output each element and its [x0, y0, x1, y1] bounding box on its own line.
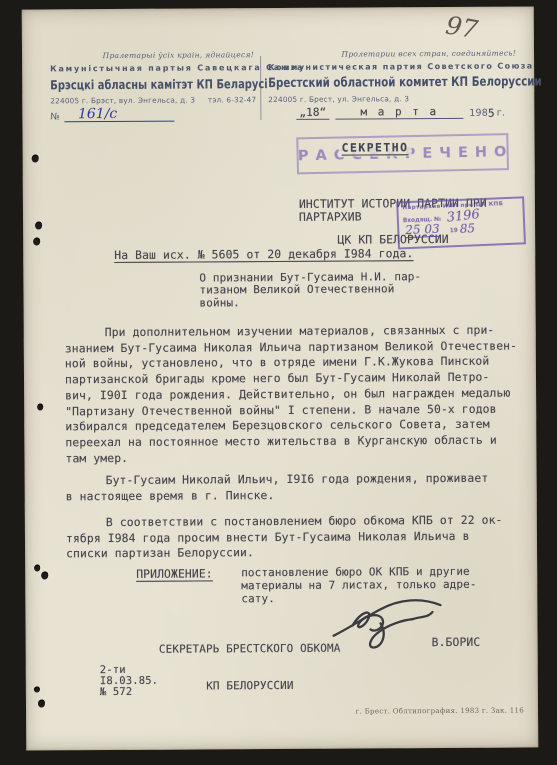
letterhead-right: Пролетарии всех стран, соединяйтесь! Ком… — [268, 49, 520, 121]
secret-marking: СЕКРЕТНО — [339, 140, 412, 156]
signatory-name: В.БОРИС — [432, 635, 481, 651]
punch-hole — [34, 686, 40, 692]
party-name-belarusian: Камуністычная партыя Савецкага Саюза — [50, 63, 256, 73]
body-paragraph-1: При дополнительном изучении материалов, … — [65, 323, 518, 467]
signatory-title-line2: КП БЕЛОРУССИИ — [139, 680, 361, 694]
committee-name-russian: Брестский областной комитет КП Белорусси… — [268, 75, 467, 91]
outgoing-number-handwritten: 161/с — [64, 108, 174, 123]
clerical-notes: 2-тиI8.03.85.№ 572 — [100, 665, 159, 698]
subject-block: О признании Бут-Гусаима Н.И. пар-тизаном… — [199, 271, 421, 309]
date-month: м а р т а — [335, 106, 463, 120]
incoming-number-handwritten: 3196 — [446, 209, 480, 224]
document-page: 97 Пралетарыі ўсіх краін, яднайцеся! Кам… — [22, 6, 539, 750]
address-row-left: 224005 г. Брэст, вул. Энгельса, д. 3 тэл… — [50, 95, 256, 105]
party-name-russian: Коммунистическая партия Советского Союза — [268, 62, 520, 73]
punch-hole — [37, 403, 43, 410]
slogan-russian: Пролетарии всех стран, соединяйтесь! — [268, 49, 520, 60]
number-label: № — [50, 112, 60, 122]
incoming-year-printed: 19 — [450, 228, 458, 234]
date-row: „18“ м а р т а 198 5 г. — [268, 106, 520, 121]
punch-hole — [32, 154, 39, 162]
date-suffix: г. — [497, 108, 505, 119]
punch-hole — [38, 699, 45, 707]
committee-name-belarusian: Брэсцкі абласны камітэт КП Беларусі — [50, 76, 213, 92]
letterhead-left: Пралетарыі ўсіх краін, яднайцеся! Камуні… — [50, 50, 256, 122]
attachment-label: ПРИЛОЖЕНИЕ: — [136, 566, 213, 582]
handwritten-signature — [328, 593, 448, 656]
printshop-footer: г. Брест. Облтипография. 1983 г. Зак. 11… — [308, 707, 524, 716]
punch-hole — [34, 564, 40, 571]
incoming-year-handwritten: 85 — [460, 223, 476, 234]
date-day: „18“ — [296, 107, 329, 120]
phone-belarusian: тэл. 6-32-47 — [208, 95, 256, 104]
punch-hole — [35, 221, 42, 229]
body-paragraph-2: Бут-Гусаим Николай Ильич, I9I6 года рожд… — [66, 471, 518, 505]
incoming-date-handwritten: 25 03 — [405, 224, 440, 236]
incoming-stamp: Партархив ИИП при ЦК КПБ Входящ. № 3196 … — [396, 196, 526, 249]
address-russian: 224005 г. Брест, ул. Энгельса, д. 3 — [268, 94, 520, 105]
address-belarusian: 224005 г. Брэст, вул. Энгельса, д. 3 — [50, 96, 195, 106]
reference-line: На Ваш исх. № 5605 от 20 декабря I984 го… — [114, 246, 413, 264]
date-year-written: 5 — [488, 108, 495, 119]
pencil-page-number: 97 — [444, 10, 480, 44]
punch-hole — [33, 237, 40, 245]
outgoing-number-row: № 161/с — [50, 107, 256, 122]
body-paragraph-3: В соответствии с постановлением бюро обк… — [66, 513, 518, 563]
slogan-belarusian: Пралетарыі ўсіх краін, яднайцеся! — [50, 50, 256, 60]
punch-hole — [41, 571, 48, 579]
signatory-title-line1: СЕКРЕТАРЬ БРЕСТСКОГО ОБКОМА — [139, 643, 361, 657]
addressee-archive: ПАРТАРХИВ — [299, 209, 362, 225]
date-year-printed: 198 — [469, 108, 488, 119]
